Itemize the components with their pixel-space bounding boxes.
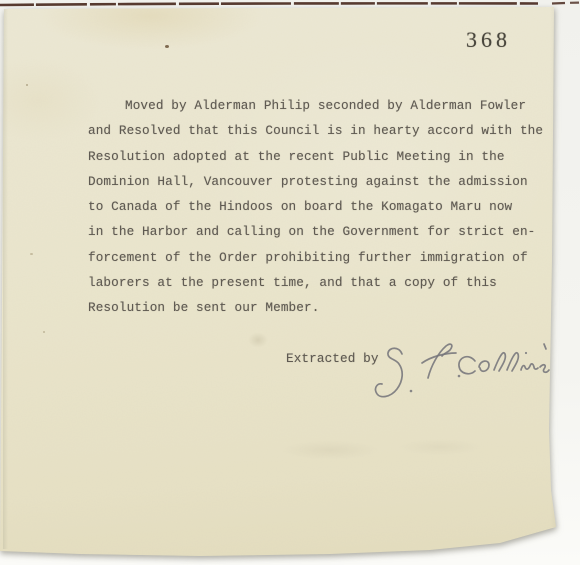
paper-speck (165, 45, 169, 48)
document-line: Resolution be sent our Member. (88, 295, 558, 320)
document-line: in the Harbor and calling on the Governm… (88, 219, 558, 244)
resolution-text-block: Moved by Alderman Philip seconded by Ald… (88, 93, 558, 321)
paper-speck (30, 253, 33, 255)
signature-handwriting: J. F. Collins (368, 336, 553, 406)
document-line: to Canada of the Hindoos on board the Ko… (88, 194, 558, 219)
paper-speck (43, 331, 45, 333)
extracted-by-label: Extracted by (286, 351, 379, 366)
document-line: Moved by Alderman Philip seconded by Ald… (88, 93, 558, 118)
document-paper: 368 Moved by Alderman Philip seconded by… (0, 0, 580, 565)
paper-shadow: 368 Moved by Alderman Philip seconded by… (0, 0, 580, 565)
document-line: Resolution adopted at the recent Public … (88, 144, 558, 169)
document-line: laborers at the present time, and that a… (88, 270, 558, 295)
document-line: and Resolved that this Council is in hea… (88, 118, 558, 143)
document-line: forcement of the Order prohibiting furth… (88, 245, 558, 270)
paper-left-edge-shade (3, 9, 8, 549)
document-line: Dominion Hall, Vancouver protesting agai… (88, 169, 558, 194)
binding-edge-line (0, 0, 580, 10)
paper-speck (26, 84, 28, 86)
page-number: 368 (466, 27, 511, 53)
scanned-document-background: 368 Moved by Alderman Philip seconded by… (0, 0, 580, 565)
